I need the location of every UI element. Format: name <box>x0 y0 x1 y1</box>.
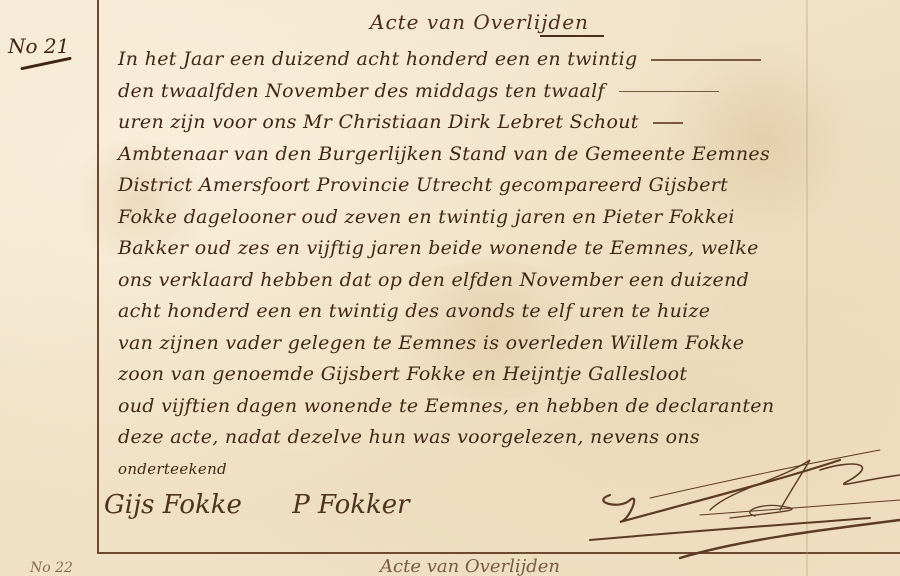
record-line: den twaalfden November des middags ten t… <box>118 76 888 108</box>
official-signature-flourish <box>580 440 900 560</box>
line-filler-dash <box>653 122 683 123</box>
record-line: oud vijftien dagen wonende te Eemnes, en… <box>118 391 888 423</box>
record-line: zoon van genoemde Gijsbert Fokke en Heij… <box>118 359 888 391</box>
record-body: In het Jaar een duizend acht honderd een… <box>118 44 888 485</box>
record-line-text: uren zijn voor ons Mr Christiaan Dirk Le… <box>118 111 639 133</box>
line-filler-dash <box>619 91 719 92</box>
record-line-text: In het Jaar een duizend acht honderd een… <box>118 48 637 70</box>
document-scan: No 21 Acte van Overlijden In het Jaar ee… <box>0 0 900 576</box>
declarant-signatures: Gijs Fokke P Fokker <box>104 490 452 520</box>
record-line: acht honderd een en twintig des avonds t… <box>118 296 888 328</box>
next-record-number-partial: No 22 <box>30 560 73 576</box>
record-number-underline <box>20 57 71 71</box>
record-number: No 21 <box>8 34 69 58</box>
record-line: District Amersfoort Provincie Utrecht ge… <box>118 170 888 202</box>
title-underline <box>540 35 604 37</box>
line-filler-dash <box>651 59 761 60</box>
record-line-text: den twaalfden November des middags ten t… <box>118 80 605 102</box>
record-line: ons verklaard hebben dat op den elfden N… <box>118 265 888 297</box>
signature-declarant-2: P Fokker <box>292 490 409 520</box>
margin-rule <box>97 0 99 552</box>
record-line: Ambtenaar van den Burgerlijken Stand van… <box>118 139 888 171</box>
record-title: Acte van Overlijden <box>370 10 589 34</box>
next-record-title-partial: Acte van Overlijden <box>380 556 560 576</box>
record-line: uren zijn voor ons Mr Christiaan Dirk Le… <box>118 107 888 139</box>
record-line: Bakker oud zes en vijftig jaren beide wo… <box>118 233 888 265</box>
record-line: In het Jaar een duizend acht honderd een… <box>118 44 888 76</box>
signature-declarant-1: Gijs Fokke <box>104 490 242 520</box>
record-line: van zijnen vader gelegen te Eemnes is ov… <box>118 328 888 360</box>
record-line: Fokke dagelooner oud zeven en twintig ja… <box>118 202 888 234</box>
